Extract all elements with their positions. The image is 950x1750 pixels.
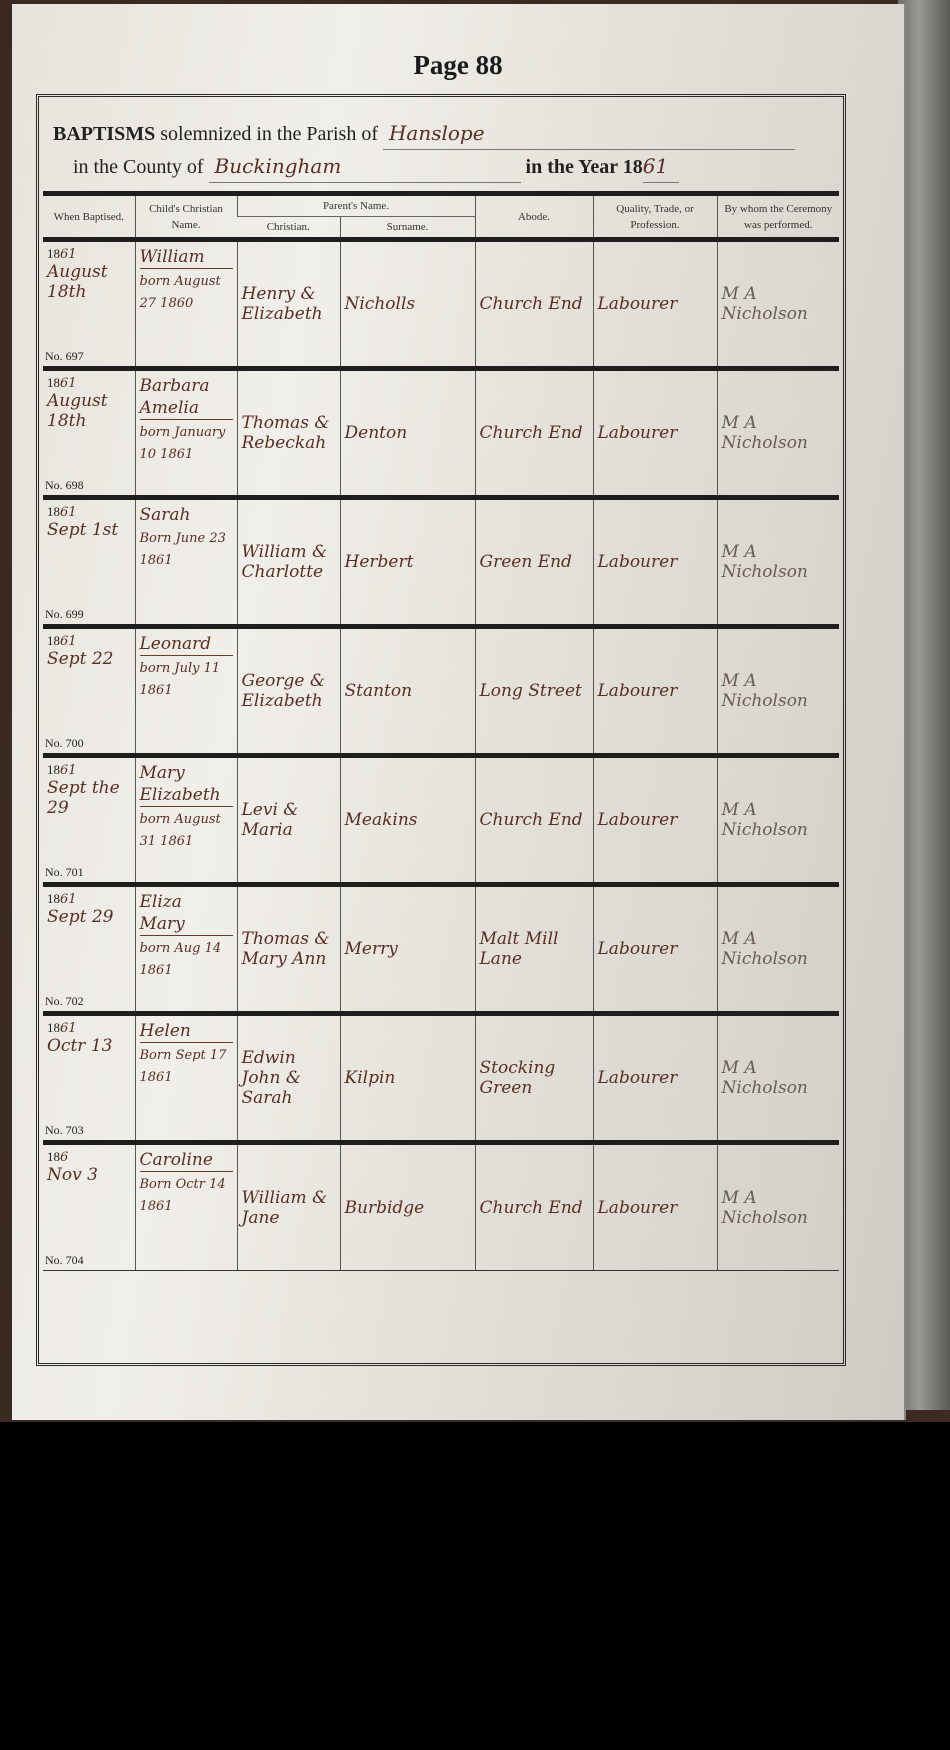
cell-parent-christian: Thomas & Mary Ann	[237, 885, 340, 1014]
cell-profession: Labourer	[593, 369, 717, 498]
baptism-register-table: When Baptised. Child's Christian Name. P…	[43, 191, 839, 1271]
register-entry: 1861 Sept 1st No. 699 SarahBorn June 23 …	[43, 498, 839, 627]
col-abode: Abode.	[475, 194, 593, 240]
entry-number: No. 704	[45, 1253, 84, 1268]
cell-parent-christian: William & Charlotte	[237, 498, 340, 627]
cell-parent-christian: Thomas & Rebeckah	[237, 369, 340, 498]
cell-parent-surname: Kilpin	[340, 1014, 475, 1143]
cell-officiant: M A Nicholson	[717, 627, 839, 756]
cell-profession: Labourer	[593, 885, 717, 1014]
parish-name: Hanslope	[383, 117, 795, 150]
cell-officiant: M A Nicholson	[717, 498, 839, 627]
heading-parish-label: solemnized in the Parish of	[160, 123, 378, 145]
cell-parent-surname: Meakins	[340, 756, 475, 885]
cell-child-name: Mary Elizabethborn August 31 1861	[135, 756, 237, 885]
cell-abode: Church End	[475, 1143, 593, 1271]
cell-parent-christian: Levi & Maria	[237, 756, 340, 885]
col-performed-by: By whom the Ceremony was performed.	[717, 194, 839, 240]
cell-parent-surname: Merry	[340, 885, 475, 1014]
register-page: Page 88 BAPTISMS solemnized in the Paris…	[12, 4, 906, 1420]
register-entry: 186 Nov 3 No. 704 CarolineBorn Octr 14 1…	[43, 1143, 839, 1271]
cell-child-name: Williamborn August 27 1860	[135, 240, 237, 369]
cell-abode: Green End	[475, 498, 593, 627]
cell-officiant: M A Nicholson	[717, 756, 839, 885]
cell-profession: Labourer	[593, 627, 717, 756]
register-entry: 1861 Octr 13 No. 703 HelenBorn Sept 17 1…	[43, 1014, 839, 1143]
cell-profession: Labourer	[593, 1014, 717, 1143]
county-name: Buckingham	[209, 150, 521, 183]
cell-profession: Labourer	[593, 240, 717, 369]
cell-child-name: HelenBorn Sept 17 1861	[135, 1014, 237, 1143]
cell-parent-surname: Burbidge	[340, 1143, 475, 1271]
register-frame: BAPTISMS solemnized in the Parish of Han…	[36, 94, 846, 1366]
cell-parent-christian: Henry & Elizabeth	[237, 240, 340, 369]
entry-number: No. 702	[45, 994, 84, 1009]
cell-when-baptised: 1861 August 18th No. 698	[43, 369, 135, 498]
cell-abode: Long Street	[475, 627, 593, 756]
cell-child-name: Leonardborn July 11 1861	[135, 627, 237, 756]
cell-profession: Labourer	[593, 756, 717, 885]
entry-number: No. 697	[45, 349, 84, 364]
cell-parent-surname: Herbert	[340, 498, 475, 627]
register-entry: 1861 Sept 22 No. 700 Leonardborn July 11…	[43, 627, 839, 756]
col-parent-christian: Christian.	[237, 217, 340, 240]
register-entry: 1861 Sept 29 No. 702 Eliza Maryborn Aug …	[43, 885, 839, 1014]
cell-when-baptised: 1861 Sept 22 No. 700	[43, 627, 135, 756]
cell-child-name: Barbara Ameliaborn January 10 1861	[135, 369, 237, 498]
cell-when-baptised: 1861 August 18th No. 697	[43, 240, 135, 369]
col-childs-name: Child's Christian Name.	[135, 194, 237, 240]
col-parent-surname: Surname.	[340, 217, 475, 240]
cell-officiant: M A Nicholson	[717, 1014, 839, 1143]
cell-parent-christian: George & Elizabeth	[237, 627, 340, 756]
cell-officiant: M A Nicholson	[717, 369, 839, 498]
cell-abode: Church End	[475, 756, 593, 885]
cell-when-baptised: 1861 Sept 1st No. 699	[43, 498, 135, 627]
cell-when-baptised: 1861 Sept the 29 No. 701	[43, 756, 135, 885]
col-parents-name: Parent's Name.	[237, 194, 475, 217]
cell-profession: Labourer	[593, 1143, 717, 1271]
cell-abode: Stocking Green	[475, 1014, 593, 1143]
entry-number: No. 703	[45, 1123, 84, 1138]
entry-number: No. 698	[45, 478, 84, 493]
cell-parent-surname: Nicholls	[340, 240, 475, 369]
register-heading: BAPTISMS solemnized in the Parish of Han…	[53, 117, 795, 183]
cell-profession: Labourer	[593, 498, 717, 627]
register-entry: 1861 August 18th No. 697 Williamborn Aug…	[43, 240, 839, 369]
cell-officiant: M A Nicholson	[717, 1143, 839, 1271]
cell-child-name: CarolineBorn Octr 14 1861	[135, 1143, 237, 1271]
cell-parent-surname: Denton	[340, 369, 475, 498]
cell-child-name: Eliza Maryborn Aug 14 1861	[135, 885, 237, 1014]
cell-officiant: M A Nicholson	[717, 885, 839, 1014]
entry-number: No. 701	[45, 865, 84, 880]
heading-county-label: in the County of	[73, 156, 204, 178]
cell-abode: Church End	[475, 240, 593, 369]
cell-abode: Malt Mill Lane	[475, 885, 593, 1014]
cell-parent-christian: Edwin John & Sarah	[237, 1014, 340, 1143]
page-title: Page 88	[12, 50, 904, 81]
heading-year-label: in the Year 18	[526, 156, 643, 178]
register-year: 61	[643, 150, 679, 183]
cell-when-baptised: 1861 Octr 13 No. 703	[43, 1014, 135, 1143]
cell-child-name: SarahBorn June 23 1861	[135, 498, 237, 627]
entry-number: No. 700	[45, 736, 84, 751]
cell-when-baptised: 186 Nov 3 No. 704	[43, 1143, 135, 1271]
heading-baptisms: BAPTISMS	[53, 123, 155, 145]
register-entry: 1861 August 18th No. 698 Barbara Ameliab…	[43, 369, 839, 498]
cell-parent-surname: Stanton	[340, 627, 475, 756]
cell-officiant: M A Nicholson	[717, 240, 839, 369]
entry-number: No. 699	[45, 607, 84, 622]
col-profession: Quality, Trade, or Profession.	[593, 194, 717, 240]
cell-parent-christian: William & Jane	[237, 1143, 340, 1271]
cell-abode: Church End	[475, 369, 593, 498]
register-entry: 1861 Sept the 29 No. 701 Mary Elizabethb…	[43, 756, 839, 885]
cell-when-baptised: 1861 Sept 29 No. 702	[43, 885, 135, 1014]
col-when-baptised: When Baptised.	[43, 194, 135, 240]
